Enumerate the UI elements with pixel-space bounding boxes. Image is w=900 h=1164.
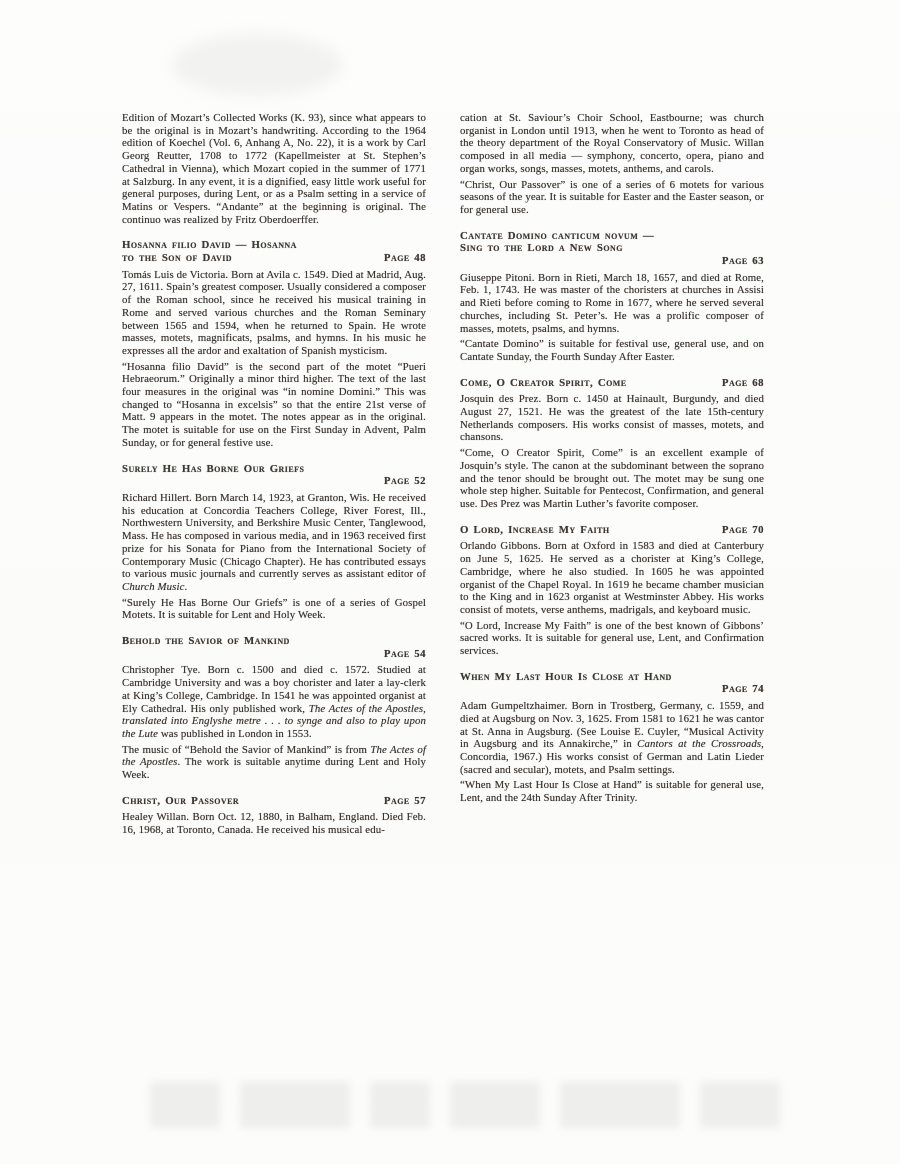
heading-text: Sing to the Lord a New Song bbox=[460, 242, 623, 255]
heading-page-line: Page 54 bbox=[122, 648, 426, 661]
text-run: Cantors at the Crossroads bbox=[637, 738, 761, 750]
text-run: Edition of Mozart’s Collected Works (K. … bbox=[122, 112, 426, 226]
paragraph: Tomás Luis de Victoria. Born at Avila c.… bbox=[122, 269, 426, 358]
section-heading: Hosanna filio David — Hosannato the Son … bbox=[122, 239, 426, 264]
section-heading: Behold the Savior of MankindPage 54 bbox=[122, 635, 426, 660]
section-heading: Christ, Our PassoverPage 57 bbox=[122, 795, 426, 808]
paragraph: Josquin des Prez. Born c. 1450 at Hainau… bbox=[460, 393, 764, 444]
text-run: “Hosanna filio David” is the second part… bbox=[122, 361, 426, 449]
paragraph: “Hosanna filio David” is the second part… bbox=[122, 361, 426, 450]
heading-line: Come, O Creator Spirit, ComePage 68 bbox=[460, 377, 764, 390]
text-run: Tomás Luis de Victoria. Born at Avila c.… bbox=[122, 269, 426, 357]
page-ref: Page 52 bbox=[374, 475, 426, 488]
text-run: “O Lord, Increase My Faith” is one of th… bbox=[460, 620, 764, 657]
heading-line: to the Son of DavidPage 48 bbox=[122, 252, 426, 265]
paragraph: “Surely He Has Borne Our Griefs” is one … bbox=[122, 597, 426, 622]
heading-text: Hosanna filio David — Hosanna bbox=[122, 239, 297, 252]
section-heading: Come, O Creator Spirit, ComePage 68 bbox=[460, 377, 764, 390]
page-content: Edition of Mozart’s Collected Works (K. … bbox=[122, 112, 764, 840]
paragraph: Adam Gumpeltzhaimer. Born in Trostberg, … bbox=[460, 700, 764, 776]
text-run: cation at St. Saviour’s Choir School, Ea… bbox=[460, 112, 764, 175]
paragraph: “When My Last Hour Is Close at Hand” is … bbox=[460, 779, 764, 804]
heading-text: Surely He Has Borne Our Griefs bbox=[122, 463, 304, 476]
left-column: Edition of Mozart’s Collected Works (K. … bbox=[122, 112, 426, 840]
heading-text: When My Last Hour Is Close at Hand bbox=[460, 671, 672, 684]
heading-line: Hosanna filio David — Hosanna bbox=[122, 239, 426, 252]
paragraph: “Come, O Creator Spirit, Come” is an exc… bbox=[460, 447, 764, 511]
page-ref: Page 63 bbox=[712, 255, 764, 268]
heading-text: Christ, Our Passover bbox=[122, 795, 239, 808]
text-run: “Surely He Has Borne Our Griefs” is one … bbox=[122, 597, 426, 622]
text-run: “When My Last Hour Is Close at Hand” is … bbox=[460, 779, 764, 804]
text-run: “Christ, Our Passover” is one of a serie… bbox=[460, 179, 764, 216]
section-heading: Cantate Domino canticum novum —Sing to t… bbox=[460, 230, 764, 268]
right-column: cation at St. Saviour’s Choir School, Ea… bbox=[460, 112, 764, 840]
text-run: Richard Hillert. Born March 14, 1923, at… bbox=[122, 492, 426, 580]
heading-line: Sing to the Lord a New Song bbox=[460, 242, 764, 255]
text-run: Josquin des Prez. Born c. 1450 at Hainau… bbox=[460, 393, 764, 443]
heading-line: Christ, Our PassoverPage 57 bbox=[122, 795, 426, 808]
paragraph: “O Lord, Increase My Faith” is one of th… bbox=[460, 620, 764, 658]
text-run: Giuseppe Pitoni. Born in Rieti, March 18… bbox=[460, 272, 764, 335]
section-heading: Surely He Has Borne Our GriefsPage 52 bbox=[122, 463, 426, 488]
text-run: Orlando Gibbons. Born at Oxford in 1583 … bbox=[460, 540, 764, 616]
paragraph: Edition of Mozart’s Collected Works (K. … bbox=[122, 112, 426, 226]
heading-text: O Lord, Increase My Faith bbox=[460, 524, 610, 537]
scanned-book-page: { "page": { "description": "Scanned book… bbox=[0, 0, 900, 1164]
heading-page-line: Page 63 bbox=[460, 255, 764, 268]
paragraph: Healey Willan. Born Oct. 12, 1880, in Ba… bbox=[122, 811, 426, 836]
page-ref: Page 68 bbox=[712, 377, 764, 390]
page-ref: Page 48 bbox=[374, 252, 426, 265]
heading-text: to the Son of David bbox=[122, 252, 232, 265]
text-run: . bbox=[185, 581, 188, 593]
text-run: The music of “Behold the Savior of Manki… bbox=[122, 744, 370, 756]
heading-line: Cantate Domino canticum novum — bbox=[460, 230, 764, 243]
paragraph: cation at St. Saviour’s Choir School, Ea… bbox=[460, 112, 764, 176]
page-ref: Page 54 bbox=[374, 648, 426, 661]
page-ref: Page 70 bbox=[712, 524, 764, 537]
heading-page-line: Page 74 bbox=[460, 683, 764, 696]
section-heading: When My Last Hour Is Close at HandPage 7… bbox=[460, 671, 764, 696]
heading-line: Behold the Savior of Mankind bbox=[122, 635, 426, 648]
text-run: was published in London in 1553. bbox=[158, 728, 312, 740]
text-run: Church Music bbox=[122, 581, 185, 593]
paragraph: “Cantate Domino” is suitable for festiva… bbox=[460, 338, 764, 363]
heading-line: O Lord, Increase My FaithPage 70 bbox=[460, 524, 764, 537]
heading-line: Surely He Has Borne Our Griefs bbox=[122, 463, 426, 476]
section-heading: O Lord, Increase My FaithPage 70 bbox=[460, 524, 764, 537]
paragraph: Christopher Tye. Born c. 1500 and died c… bbox=[122, 664, 426, 740]
paragraph: “Christ, Our Passover” is one of a serie… bbox=[460, 179, 764, 217]
text-run: “Come, O Creator Spirit, Come” is an exc… bbox=[460, 447, 764, 510]
text-run: Healey Willan. Born Oct. 12, 1880, in Ba… bbox=[122, 811, 426, 836]
page-ref: Page 57 bbox=[374, 795, 426, 808]
paragraph: Giuseppe Pitoni. Born in Rieti, March 18… bbox=[460, 272, 764, 336]
paragraph: The music of “Behold the Savior of Manki… bbox=[122, 744, 426, 782]
heading-text: Cantate Domino canticum novum — bbox=[460, 230, 654, 243]
heading-text: Come, O Creator Spirit, Come bbox=[460, 377, 627, 390]
paragraph: Orlando Gibbons. Born at Oxford in 1583 … bbox=[460, 540, 764, 616]
page-ref: Page 74 bbox=[712, 683, 764, 696]
text-run: “Cantate Domino” is suitable for festiva… bbox=[460, 338, 764, 363]
heading-text: Behold the Savior of Mankind bbox=[122, 635, 290, 648]
heading-line: When My Last Hour Is Close at Hand bbox=[460, 671, 764, 684]
paragraph: Richard Hillert. Born March 14, 1923, at… bbox=[122, 492, 426, 594]
heading-page-line: Page 52 bbox=[122, 475, 426, 488]
